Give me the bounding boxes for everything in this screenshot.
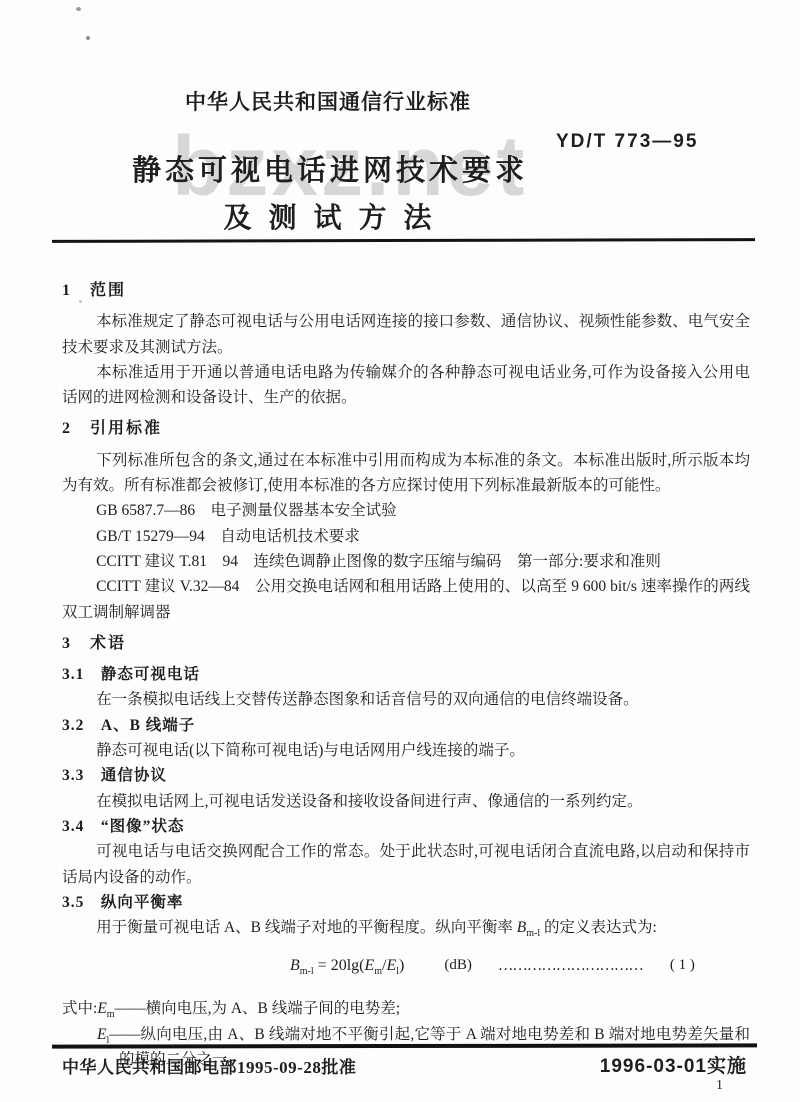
where-clause-line-1: 式中:Em——横向电压,为 A、B 线端子间的电势差; (62, 996, 750, 1021)
title-line-1: 静态可视电话进网技术要求 (0, 148, 660, 189)
standard-category-line: 中华人民共和国通信行业标准 (185, 86, 471, 116)
scan-speck (76, 7, 81, 11)
balance-ratio-symbol: B (517, 919, 526, 936)
term-3-3-body: 在模拟电话网上,可视电话发送设备和接收设备间进行声、像通信的一系列约定。 (62, 789, 750, 814)
reference-item: CCITT 建议 V.32—84 公用交换电话网和租用话路上使用的、以高至 9 … (62, 574, 750, 625)
formula-numerator: E (364, 957, 374, 974)
term-3-3-heading: 3.3 通信协议 (62, 763, 750, 788)
formula-denominator: E (386, 957, 396, 974)
formula-operator: = 20lg( (314, 957, 365, 974)
section-3-heading: 3 术语 (62, 631, 750, 656)
section-1-paragraph: 本标准规定了静态可视电话与公用电话网连接的接口参数、通信协议、视频性能参数、电气… (62, 309, 750, 360)
title-line-2: 及 测 试 方 法 (0, 196, 660, 236)
document-page: bzxz.net 中华人民共和国通信行业标准 YD/T 773—95 静态可视电… (0, 0, 800, 1102)
formula-unit: (dB) (444, 953, 472, 978)
formula-lhs: B (290, 957, 300, 974)
balance-ratio-subscript: m-l (526, 928, 540, 939)
scan-speck (86, 36, 90, 40)
term-3-4-body: 可视电话与电话交换网配合工作的常态。处于此状态时,可视电话闭合直流电路,以启动和… (62, 839, 750, 890)
where-dash: —— (109, 1026, 140, 1043)
formula-numerator-subscript: m (374, 966, 382, 977)
reference-item: GB 6587.7—86 电子测量仪器基本安全试验 (62, 498, 750, 523)
document-title: 静态可视电话进网技术要求 及 测 试 方 法 (0, 148, 660, 236)
term-3-2-body: 静态可视电话(以下简称可视电话)与电话网用户线连接的端子。 (62, 738, 750, 763)
section-1-heading: 1 范围 (62, 278, 750, 303)
reference-item: GB/T 15279—94 自动电话机技术要求 (62, 524, 750, 549)
implementation-date: 1996-03-01实施 (600, 1051, 747, 1078)
term-3-2-heading: 3.2 A、B 线端子 (62, 713, 750, 738)
formula-expression: Bm-l = 20lg(Em/El) (290, 953, 404, 978)
term-3-5-body-post: 的定义表达式为: (540, 919, 657, 936)
formula-number: ( 1 ) (670, 953, 695, 978)
term-3-1-heading: 3.1 静态可视电话 (62, 662, 750, 687)
reference-item: CCITT 建议 T.81 94 连续色调静止图像的数字压缩与编码 第一部分:要… (62, 549, 750, 574)
formula-close-paren: ) (399, 957, 404, 974)
term-3-5-heading: 3.5 纵向平衡率 (62, 890, 750, 915)
formula-1: Bm-l = 20lg(Em/El) (dB) ………………………… ( 1 ) (62, 950, 750, 980)
document-body: 1 范围 本标准规定了静态可视电话与公用电话网连接的接口参数、通信协议、视频性能… (62, 268, 750, 1072)
where-label: 式中: (62, 1000, 97, 1017)
section-2-paragraph: 下列标准所包含的条文,通过在本标准中引用而构成为本标准的条文。本标准出版时,所示… (62, 448, 750, 499)
approval-statement: 中华人民共和国邮电部1995-09-28批准 (62, 1053, 356, 1078)
term-3-1-body: 在一条模拟电话线上交替传送静态图象和话音信号的双向通信的电信终端设备。 (62, 687, 750, 712)
term-3-5-body-pre: 用于衡量可视电话 A、B 线端子对地的平衡程度。纵向平衡率 (96, 919, 517, 936)
section-1-paragraph: 本标准适用于开通以普通电话电路为传输媒介的各种静态可视电话业务,可作为设备接入公… (62, 360, 750, 411)
header-divider-rule (52, 238, 755, 243)
where-dash: —— (115, 1000, 146, 1017)
where-symbol-em-subscript: m (107, 1010, 115, 1021)
term-3-5-body: 用于衡量可视电话 A、B 线端子对地的平衡程度。纵向平衡率 Bm-l 的定义表达… (62, 915, 750, 940)
where-symbol-em: E (97, 1000, 106, 1017)
term-3-4-heading: 3.4 “图像”状态 (62, 814, 750, 839)
formula-lhs-subscript: m-l (300, 966, 314, 977)
where-text-em: 横向电压,为 A、B 线端子间的电势差; (146, 1000, 400, 1017)
formula-dot-leader: ………………………… (498, 953, 668, 978)
page-number: 1 (716, 1078, 723, 1094)
section-2-heading: 2 引用标准 (62, 416, 750, 441)
